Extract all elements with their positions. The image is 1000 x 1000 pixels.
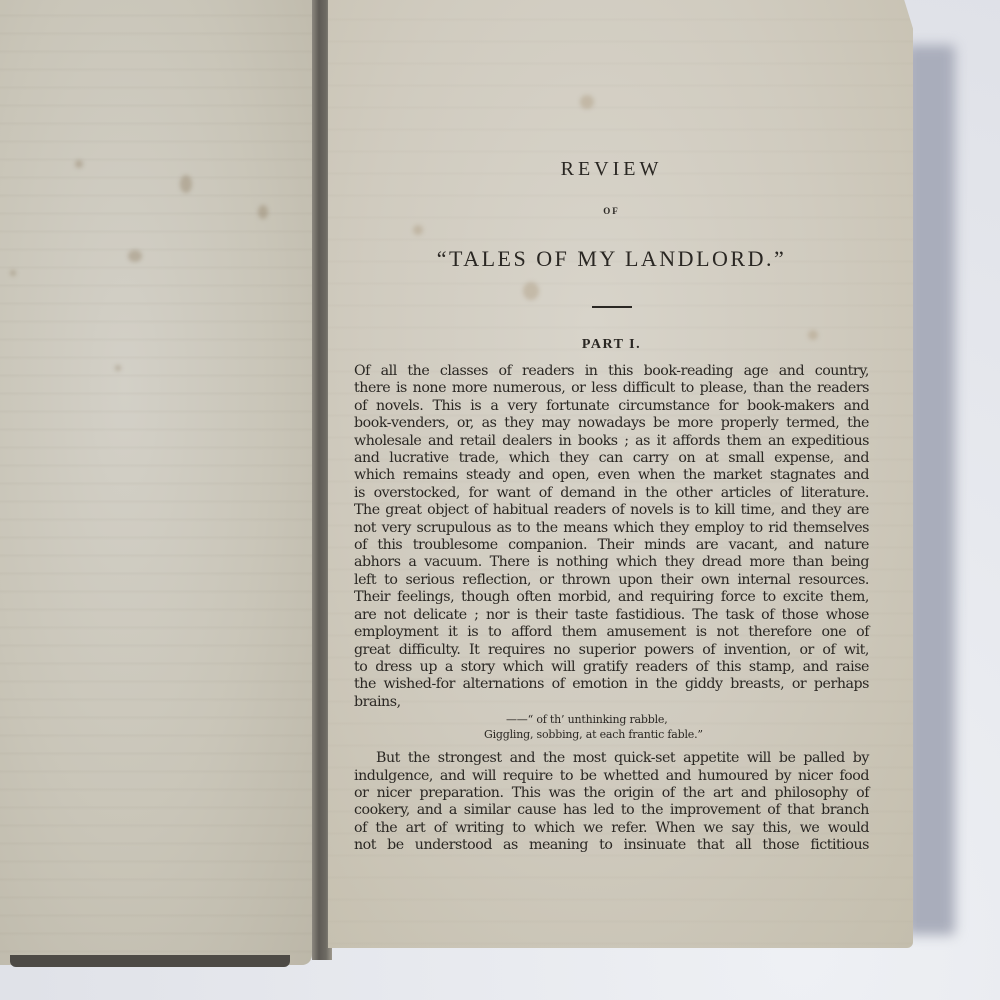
paragraph-1: Of all the classes of readers in this bo… xyxy=(354,363,869,711)
foxing-spot xyxy=(10,270,16,276)
text-line: or nicer preparation. This was the origi… xyxy=(354,785,869,802)
quote-line: ——“ of th’ unthinking rabble, xyxy=(354,712,869,727)
part-heading: PART I. xyxy=(354,337,869,357)
text-line: The great object of habitual readers of … xyxy=(354,502,869,519)
foxing-spot xyxy=(75,160,83,168)
text-line: of novels. This is a very fortunate circ… xyxy=(354,398,869,415)
text-line: and lucrative trade, which they can carr… xyxy=(354,450,869,467)
text-line: which remains steady and open, even when… xyxy=(354,467,869,484)
foxing-spot xyxy=(128,250,142,262)
foxing-spot xyxy=(180,175,192,193)
text-line: there is none more numerous, or less dif… xyxy=(354,380,869,397)
text-line: employment it is to afford them amusemen… xyxy=(354,624,869,641)
text-line: brains, xyxy=(354,694,869,711)
title-connector: OF xyxy=(354,206,869,220)
text-line: not very scrupulous as to the means whic… xyxy=(354,520,869,537)
verse-quote: ——“ of th’ unthinking rabble, Giggling, … xyxy=(354,712,869,742)
text-line: great difficulty. It requires no superio… xyxy=(354,642,869,659)
text-line: is overstocked, for want of demand in th… xyxy=(354,485,869,502)
foxing-spot xyxy=(580,95,594,109)
page-content: REVIEW OF “TALES OF MY LANDLORD.” PART I… xyxy=(354,150,869,855)
book-cover-edge xyxy=(10,955,290,967)
text-line: Of all the classes of readers in this bo… xyxy=(354,363,869,380)
page-title: REVIEW xyxy=(354,158,869,188)
text-line: of this troublesome companion. Their min… xyxy=(354,537,869,554)
quote-line: Giggling, sobbing, at each frantic fable… xyxy=(354,727,869,742)
text-line: to dress up a story which will gratify r… xyxy=(354,659,869,676)
text-line: left to serious reflection, or thrown up… xyxy=(354,572,869,589)
text-line: not be understood as meaning to insinuat… xyxy=(354,837,869,854)
text-line: of the art of writing to which we refer.… xyxy=(354,820,869,837)
text-line: indulgence, and will require to be whett… xyxy=(354,768,869,785)
text-line: abhors a vacuum. There is nothing which … xyxy=(354,554,869,571)
text-line: the wished-for alternations of emotion i… xyxy=(354,676,869,693)
text-line: Their feelings, though often morbid, and… xyxy=(354,589,869,606)
foxing-spot xyxy=(258,205,268,219)
page-subtitle: “TALES OF MY LANDLORD.” xyxy=(354,246,869,276)
paragraph-2: But the strongest and the most quick-set… xyxy=(354,750,869,854)
text-line: cookery, and a similar cause has led to … xyxy=(354,802,869,819)
title-rule xyxy=(592,306,632,308)
text-line: But the strongest and the most quick-set… xyxy=(354,750,869,767)
text-line: book-venders, or, as they may nowadays b… xyxy=(354,415,869,432)
text-line: wholesale and retail dealers in books ; … xyxy=(354,433,869,450)
text-line: are not delicate ; nor is their taste fa… xyxy=(354,607,869,624)
foxing-spot xyxy=(115,365,121,371)
left-page xyxy=(0,0,312,965)
